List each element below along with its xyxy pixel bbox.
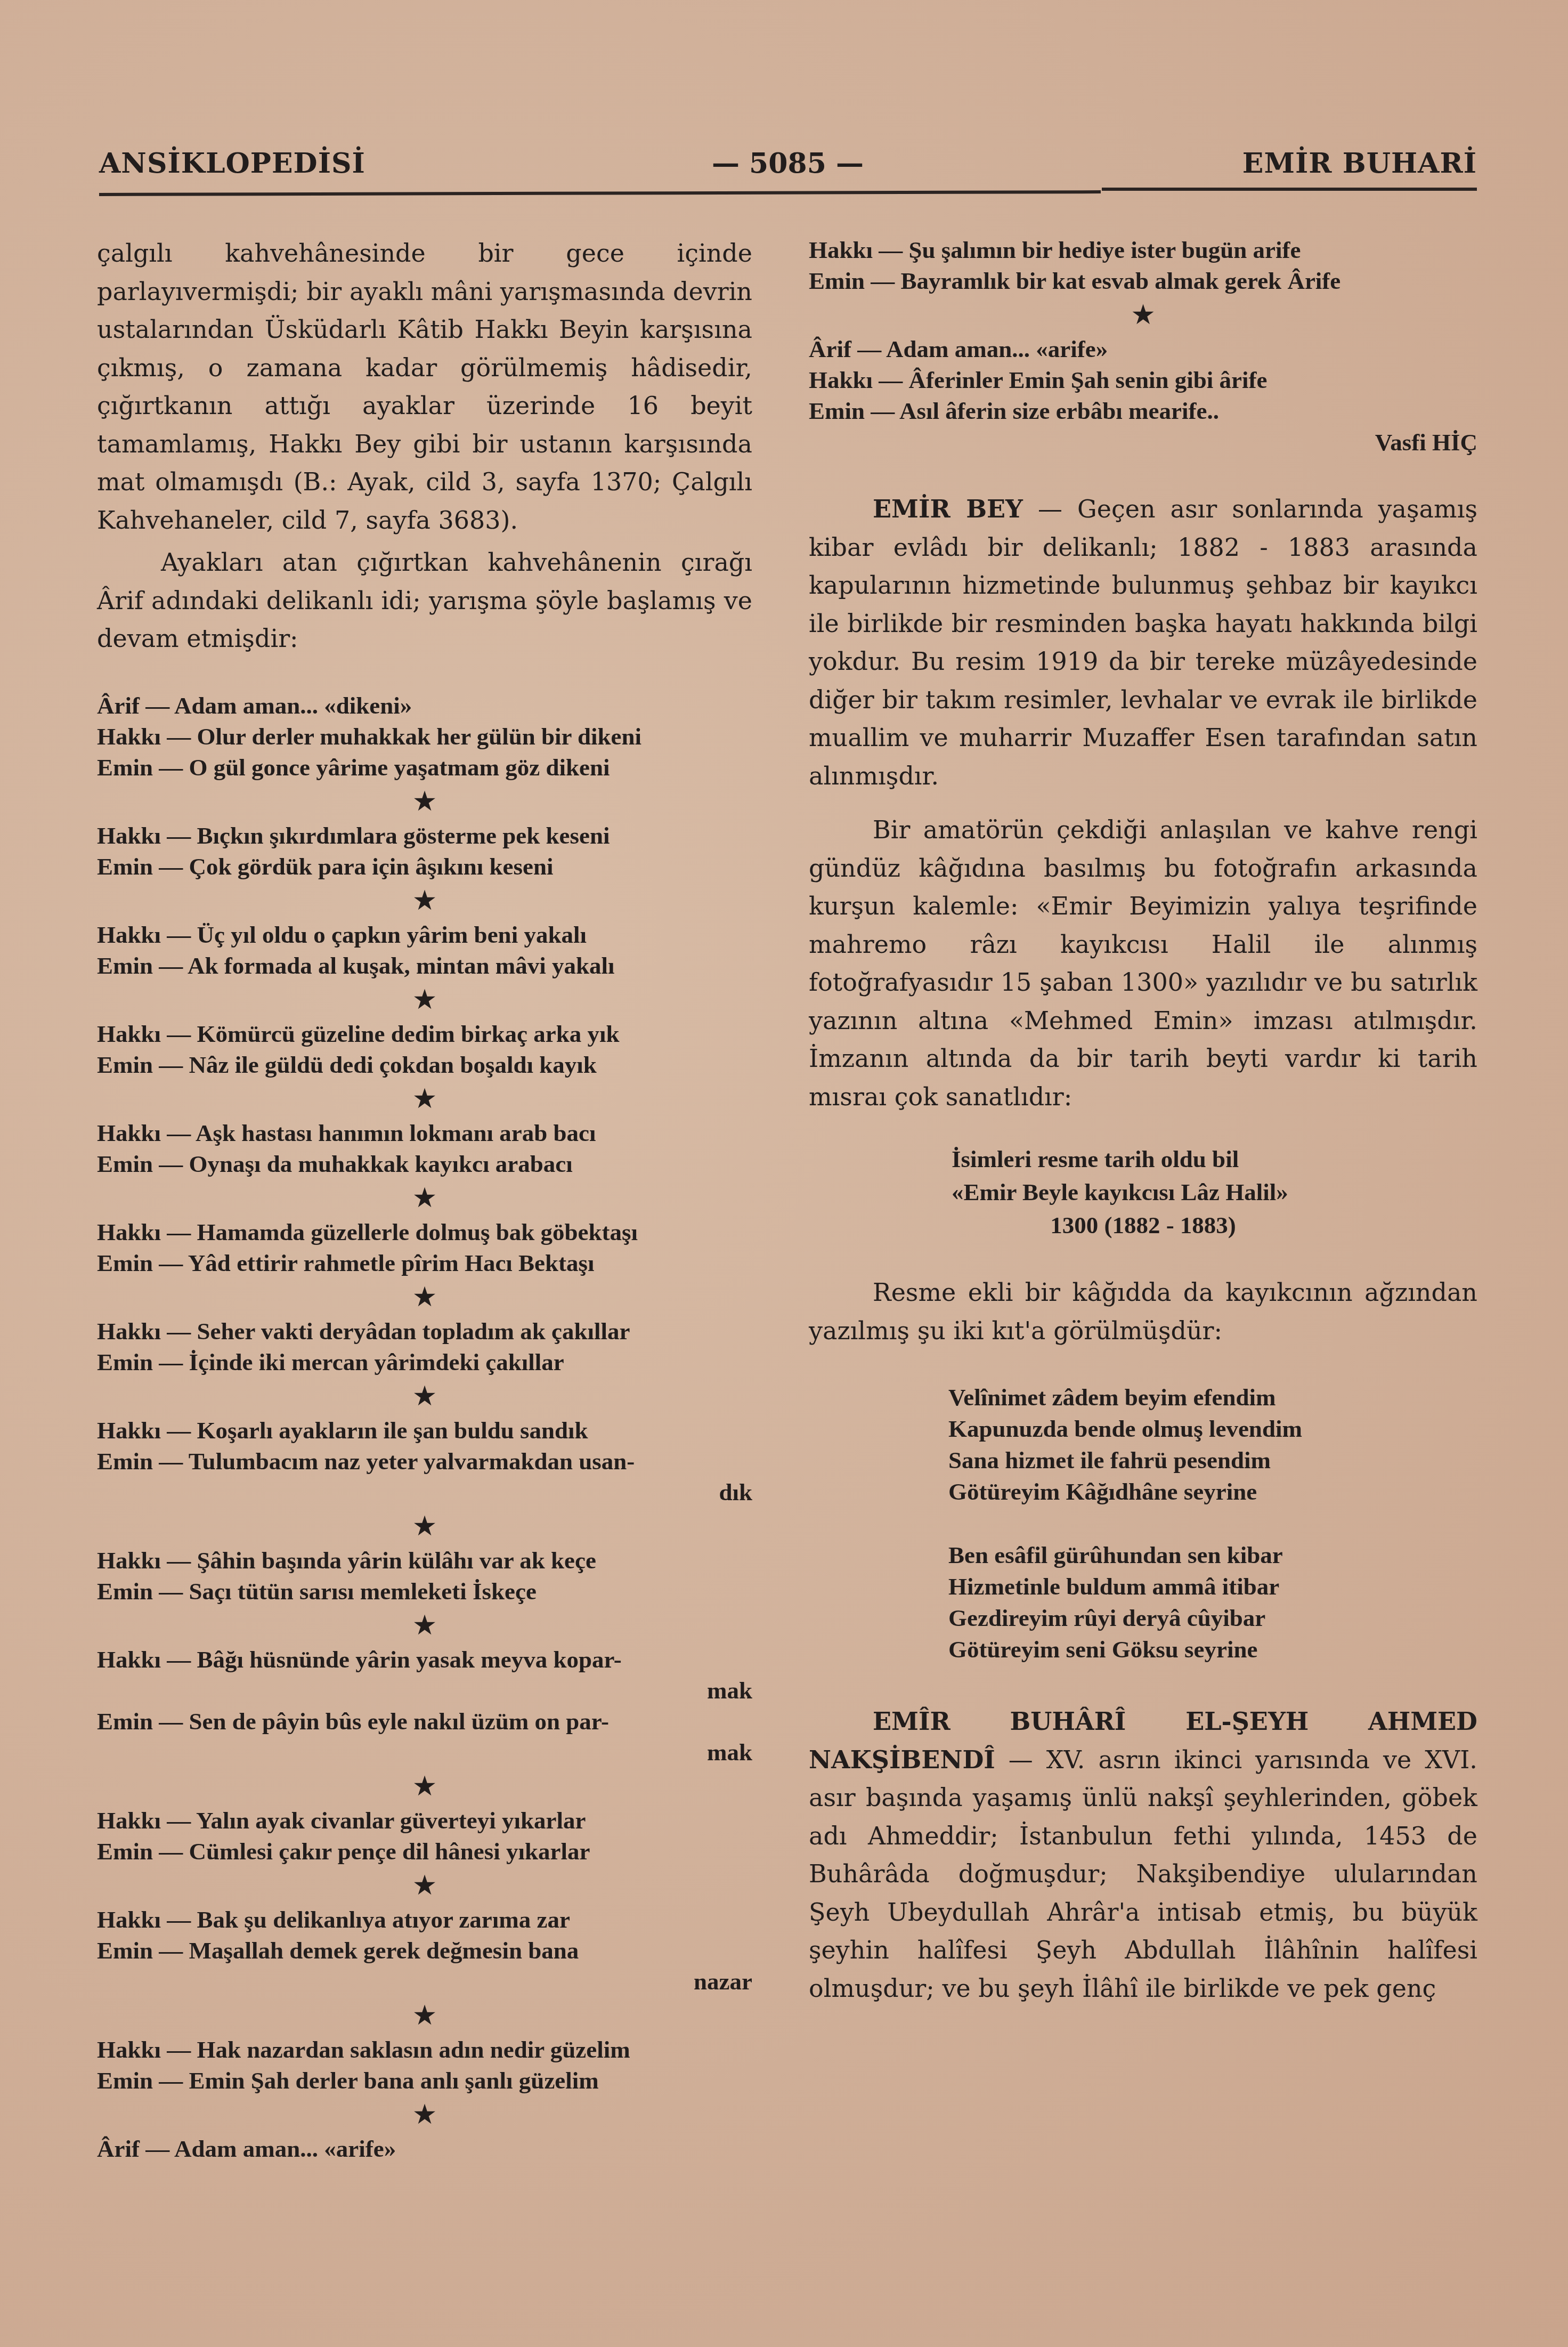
verse-line: Emin — Asıl âferin size erbâbı mearife.. — [809, 395, 1477, 426]
verse-line: Emin — Ak formada al kuşak, mintan mâvi … — [97, 950, 752, 981]
author-signature: Vasfi HİÇ — [809, 426, 1477, 458]
verse-stanza: Hakkı — Yalın ayak civanlar güverteyi yı… — [97, 1805, 752, 1867]
header-rule-left — [99, 190, 1101, 196]
right-column: Hakkı — Şu şalımın bir hediye ister bugü… — [809, 234, 1477, 2008]
verse-line: Hakkı — Yalın ayak civanlar güverteyi yı… — [97, 1805, 752, 1836]
verse-line: Hakkı — Şu şalımın bir hediye ister bugü… — [809, 234, 1477, 265]
header-publication-title: ANSİKLOPEDİSİ — [99, 147, 365, 180]
star-separator-icon: ★ — [97, 1080, 752, 1118]
verse-stanza: Hakkı — Bıçkın şıkırdımlara gösterme pek… — [97, 820, 752, 882]
verse-line: Emin — Saçı tütün sarısı memleketi İskeç… — [97, 1576, 752, 1607]
verse-line: Hakkı — Koşarlı ayakların ile şan buldu … — [97, 1415, 752, 1446]
photo-paragraph: Bir amatörün çekdiği anlaşılan ve kahve … — [809, 811, 1477, 1116]
star-separator-icon: ★ — [97, 1997, 752, 2034]
verse-stanza: Ârif — Adam aman... «arife»Hakkı — Âferi… — [809, 334, 1477, 426]
running-header: ANSİKLOPEDİSİ — 5085 — EMİR BUHARİ — [99, 147, 1477, 179]
left-column: çalgılı kahvehânesinde bir gece içinde p… — [97, 234, 752, 2164]
star-separator-icon: ★ — [97, 1768, 752, 1805]
verse-line: Hakkı — Bak şu delikanlıya atıyor zarıma… — [97, 1904, 752, 1935]
entry-emir-bey: EMİR BEY — Geçen asır sonlarında yaşamış… — [809, 490, 1477, 795]
verse-line: Hakkı — Aşk hastası hanımın lokmanı arab… — [97, 1118, 752, 1148]
quatrain-line: Velînimet zâdem beyim efendim — [948, 1382, 1477, 1413]
verse-line: Hakkı — Bıçkın şıkırdımlara gösterme pek… — [97, 820, 752, 851]
verse-line: Emin — Oynaşı da muhakkak kayıkcı arabac… — [97, 1148, 752, 1179]
verse-line: Emin — Maşallah demek gerek değmesin ban… — [97, 1935, 752, 1966]
verse-line-continuation: mak — [97, 1675, 752, 1706]
verse-line: Ârif — Adam aman... «arife» — [809, 334, 1477, 365]
verse-stanza: Hakkı — Üç yıl oldu o çapkın yârim beni … — [97, 919, 752, 981]
verse-line: Hakkı — Şâhin başında yârin külâhı var a… — [97, 1545, 752, 1576]
verse-line: Hakkı — Bâğı hüsnünde yârin yasak meyva … — [97, 1644, 752, 1675]
verse-stanza: Hakkı — Şu şalımın bir hediye ister bugü… — [809, 234, 1477, 296]
star-separator-icon: ★ — [97, 1607, 752, 1644]
verse-line-continuation: dık — [97, 1477, 752, 1508]
quatrain-line: Hizmetinle buldum ammâ itibar — [948, 1571, 1477, 1603]
verse-line: Ârif — Adam aman... «dikeni» — [97, 690, 752, 721]
verse-line: Emin — Sen de pâyin bûs eyle nakıl üzüm … — [97, 1706, 752, 1737]
verse-line: Hakkı — Olur derler muhakkak her gülün b… — [97, 721, 752, 752]
verse-line: Hakkı — Hak nazardan saklasın adın nedir… — [97, 2034, 752, 2065]
quatrain-line: Gezdireyim rûyi deryâ cûyibar — [948, 1603, 1477, 1634]
star-separator-icon: ★ — [97, 1179, 752, 1217]
verse-line: Hakkı — Kömürcü güzeline dedim birkaç ar… — [97, 1018, 752, 1049]
star-separator-icon: ★ — [97, 2096, 752, 2133]
verse-line: Ârif — Adam aman... «arife» — [97, 2133, 752, 2164]
verse-line: Emin — Nâz ile güldü dedi çokdan boşaldı… — [97, 1049, 752, 1080]
star-separator-icon: ★ — [97, 1278, 752, 1316]
verse-stanza: Hakkı — Hak nazardan saklasın adın nedir… — [97, 2034, 752, 2096]
entry-heading: EMİR BEY — [873, 495, 1023, 523]
verse-stanza: Hakkı — Hamamda güzellerle dolmuş bak gö… — [97, 1217, 752, 1278]
quatrain-1: Velînimet zâdem beyim efendim Kapunuzda … — [809, 1382, 1477, 1508]
star-separator-icon: ★ — [97, 981, 752, 1018]
verse-line: Hakkı — Âferinler Emin Şah senin gibi âr… — [809, 365, 1477, 395]
star-separator-icon: ★ — [97, 1378, 752, 1415]
contest-intro-paragraph: Ayakları atan çığırtkan kahvehânenin çır… — [97, 544, 752, 658]
date-verse-line: 1300 (1882 - 1883) — [952, 1209, 1477, 1242]
date-verse: İsimleri resme tarih oldu bil «Emir Beyl… — [809, 1143, 1477, 1242]
verse-line: Emin — Emin Şah derler bana anlı şanlı g… — [97, 2065, 752, 2096]
header-entry-range: EMİR BUHARİ — [1242, 147, 1477, 180]
quatrain-line: Götüreyim Kâğıdhâne seyrine — [948, 1476, 1477, 1508]
verse-line: Emin — Bayramlık bir kat esvab almak ger… — [809, 265, 1477, 296]
verse-stanza: Hakkı — Kömürcü güzeline dedim birkaç ar… — [97, 1018, 752, 1080]
header-rule-right — [1102, 188, 1477, 191]
mani-contest-verses: Ârif — Adam aman... «dikeni»Hakkı — Olur… — [97, 690, 752, 2164]
star-separator-icon: ★ — [97, 1508, 752, 1545]
verse-line: Emin — Yâd ettirir rahmetle pîrim Hacı B… — [97, 1248, 752, 1278]
mani-contest-verses-continued: Hakkı — Şu şalımın bir hediye ister bugü… — [809, 234, 1477, 426]
entry-body: Geçen asır sonlarında yaşamış kibar evlâ… — [809, 495, 1477, 790]
star-separator-icon: ★ — [809, 296, 1477, 334]
star-separator-icon: ★ — [97, 882, 752, 919]
star-separator-icon: ★ — [97, 1867, 752, 1904]
verse-stanza: Hakkı — Koşarlı ayakların ile şan buldu … — [97, 1415, 752, 1508]
page-number: — 5085 — — [712, 147, 864, 180]
verse-stanza: Hakkı — Aşk hastası hanımın lokmanı arab… — [97, 1118, 752, 1179]
quatrain-2: Ben esâfil gürûhundan sen kibar Hizmetin… — [809, 1540, 1477, 1665]
verse-stanza: Ârif — Adam aman... «arife» — [97, 2133, 752, 2164]
verse-stanza: Hakkı — Bâğı hüsnünde yârin yasak meyva … — [97, 1644, 752, 1768]
quatrain-line: Sana hizmet ile fahrü pesendim — [948, 1445, 1477, 1476]
verse-line: Emin — Çok gördük para için âşıkını kese… — [97, 851, 752, 882]
verse-stanza: Ârif — Adam aman... «dikeni»Hakkı — Olur… — [97, 690, 752, 783]
verse-stanza: Hakkı — Şâhin başında yârin külâhı var a… — [97, 1545, 752, 1607]
verse-line-continuation: nazar — [97, 1966, 752, 1997]
verse-stanza: Hakkı — Bak şu delikanlıya atıyor zarıma… — [97, 1904, 752, 1997]
verse-line: Emin — Cümlesi çakır pençe dil hânesi yı… — [97, 1836, 752, 1867]
note-paragraph: Resme ekli bir kâğıdda da kayıkcının ağz… — [809, 1274, 1477, 1350]
intro-paragraph: çalgılı kahvehânesinde bir gece içinde p… — [97, 234, 752, 539]
entry-body: XV. asrın ikinci yarısında ve XVI. asır … — [809, 1745, 1477, 2003]
verse-line-continuation: mak — [97, 1737, 752, 1768]
verse-line: Emin — O gül gonce yârime yaşatmam göz d… — [97, 752, 752, 783]
verse-line: Emin — İçinde iki mercan yârimdeki çakıl… — [97, 1347, 752, 1378]
verse-line: Hakkı — Üç yıl oldu o çapkın yârim beni … — [97, 919, 752, 950]
verse-line: Hakkı — Seher vakti deryâdan topladım ak… — [97, 1316, 752, 1347]
quatrain-line: Ben esâfil gürûhundan sen kibar — [948, 1540, 1477, 1571]
date-verse-line: İsimleri resme tarih oldu bil — [952, 1143, 1477, 1176]
quatrain-line: Götüreyim seni Göksu seyrine — [948, 1634, 1477, 1665]
verse-stanza: Hakkı — Seher vakti deryâdan topladım ak… — [97, 1316, 752, 1378]
verse-line: Emin — Tulumbacım naz yeter yalvarmakdan… — [97, 1446, 752, 1477]
star-separator-icon: ★ — [97, 783, 752, 820]
verse-line: Hakkı — Hamamda güzellerle dolmuş bak gö… — [97, 1217, 752, 1248]
date-verse-line: «Emir Beyle kayıkcısı Lâz Halil» — [952, 1176, 1477, 1209]
entry-emir-buhari: EMÎR BUHÂRÎ EL-ŞEYH AHMED NAKŞİBENDÎ — X… — [809, 1703, 1477, 2008]
quatrain-line: Kapunuzda bende olmuş levendim — [948, 1413, 1477, 1445]
